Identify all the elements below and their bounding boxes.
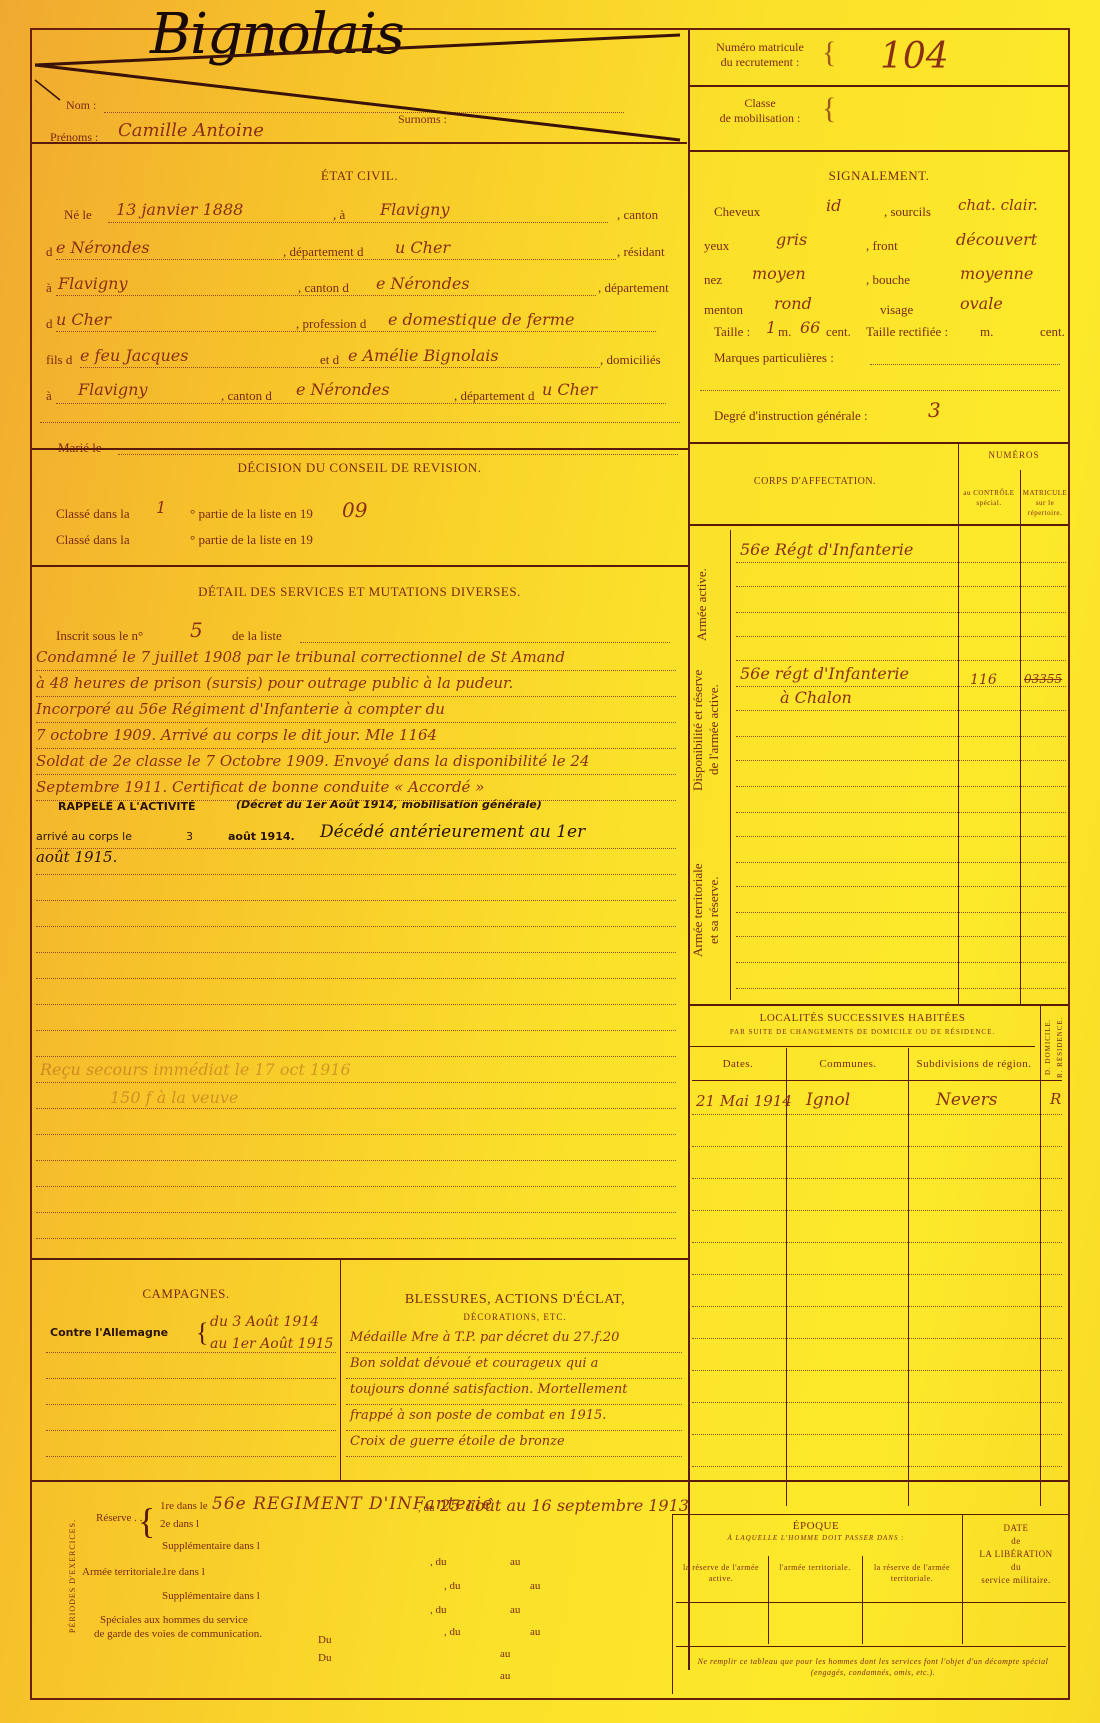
col-matricule: MATRICULE sur le répertoire. [1022, 488, 1068, 518]
etat-civil-title: ÉTAT CIVIL. [32, 168, 687, 184]
epoque-col-reserve-territoriale: la réserve de l'armée territoriale. [864, 1562, 960, 1584]
service-line-5: Soldat de 2e classe le 7 Octobre 1909. E… [36, 752, 590, 770]
bouche-value: moyenne [960, 264, 1033, 283]
col-dates: Dates. [690, 1058, 786, 1070]
profession: e domestique de ferme [388, 310, 574, 329]
decede-line-2: août 1915. [36, 848, 117, 866]
strike-lines [30, 30, 690, 150]
blessures-title: BLESSURES, ACTIONS D'ÉCLAT, [342, 1292, 688, 1308]
father-name: e feu Jacques [80, 346, 188, 365]
matricule-label: Numéro matricule du recrutement : [700, 40, 820, 70]
row-subdivision: Nevers [936, 1090, 997, 1110]
birth-date: 13 janvier 1888 [116, 200, 243, 219]
mother-name: e Amélie Bignolais [348, 346, 499, 365]
epoque-col-territoriale: l'armée territoriale. [770, 1562, 860, 1573]
blessures-line-4: frappé à son poste de combat en 1915. [350, 1408, 606, 1423]
epoque-subtitle: À LAQUELLE L'HOMME DOIT PASSER DANS : [676, 1534, 956, 1542]
blessures-line-5: Croix de guerre étoile de bronze [350, 1434, 565, 1449]
birth-departement: u Cher [395, 238, 450, 257]
section-territoriale: Armée territoriale et sa réserve. [690, 830, 722, 990]
reserve-entry-1: 56e régt d'Infanterie [740, 664, 909, 683]
birth-canton: e Nérondes [56, 238, 150, 257]
front-value: découvert [956, 230, 1037, 249]
parents-departement: u Cher [542, 380, 597, 399]
r1-dates: 25 août au 16 septembre 1913 [440, 1496, 689, 1515]
epoque-title: ÉPOQUE [676, 1520, 956, 1532]
service-line-2: à 48 heures de prison (sursis) pour outr… [36, 674, 513, 692]
residence: Flavigny [58, 274, 128, 293]
form-frame [30, 28, 1070, 1700]
faint-note-1: Reçu secours immédiat le 17 oct 1916 [40, 1060, 351, 1079]
stamp-rappele: RAPPELÉ A L'ACTIVITÉ [58, 800, 196, 813]
blessures-subtitle: DÉCORATIONS, ETC. [342, 1312, 688, 1322]
menton-value: rond [774, 294, 812, 313]
signalement-title: SIGNALEMENT. [690, 168, 1068, 184]
visage-value: ovale [960, 294, 1003, 313]
section-disponibilite: Disponibilité et réserve de l'armée acti… [690, 640, 722, 820]
service-line-3: Incorporé au 56e Régiment d'Infanterie à… [36, 700, 445, 718]
residence-departement: u Cher [56, 310, 111, 329]
sourcils-value: chat. clair. [958, 196, 1038, 214]
birth-place: Flavigny [380, 200, 450, 219]
blessures-line-2: Bon soldat dévoué et courageux qui a [350, 1356, 598, 1371]
parents-domicile: Flavigny [78, 380, 148, 399]
services-title: DÉTAIL DES SERVICES ET MUTATIONS DIVERSE… [32, 584, 687, 600]
decede-line-1: Décédé antérieurement au 1er [320, 822, 585, 842]
decision-title: DÉCISION DU CONSEIL DE REVISION. [32, 460, 687, 476]
campagnes-title: CAMPAGNES. [32, 1286, 340, 1302]
parents-canton: e Nérondes [296, 380, 390, 399]
service-line-4: 7 octobre 1909. Arrivé au corps le dit j… [36, 726, 437, 744]
taille-m-value: 1 [766, 318, 776, 337]
reserve-entry-2: à Chalon [780, 688, 852, 707]
blessures-line-3: toujours donné satisfaction. Mortellemen… [350, 1382, 627, 1397]
blessures-line-1: Médaille Mre à T.P. par décret du 27.f.2… [350, 1330, 619, 1345]
taille-cm-value: 66 [800, 318, 820, 337]
exercices-side-label: PÉRIODES D'EXERCICES. [68, 1506, 77, 1646]
decision-partie: 1 [156, 498, 166, 517]
instruction-value: 3 [928, 398, 941, 422]
residence-canton: e Nérondes [376, 274, 470, 293]
yeux-value: gris [776, 230, 807, 249]
col-subdivisions: Subdivisions de région. [910, 1058, 1038, 1070]
decision-year: 09 [342, 498, 367, 522]
faint-note-2: 150 f à la veuve [110, 1088, 238, 1107]
campagne-to: au 1er Août 1915 [210, 1336, 333, 1352]
localites-subtitle: PAR SUITE DE CHANGEMENTS DE DOMICILE OU … [690, 1028, 1035, 1036]
row-date: 21 Mai 1914 [696, 1092, 792, 1110]
campagne-from: du 3 Août 1914 [210, 1314, 319, 1330]
row-type: R [1050, 1090, 1061, 1108]
stamp-arrive: arrivé au corps le [36, 830, 132, 843]
matricule-value: 104 [880, 36, 949, 77]
inscrit-value: 5 [190, 618, 203, 642]
classe-label: Classe de mobilisation : [700, 96, 820, 126]
active-entry: 56e Régt d'Infanterie [740, 540, 913, 559]
reserve-matricule: 03355 [1024, 672, 1062, 686]
col-communes: Communes. [788, 1058, 908, 1070]
epoque-col-reserve-active: la réserve de l'armée active. [676, 1562, 766, 1584]
date-liberation-header: DATE de LA LIBÉRATION du service militai… [964, 1522, 1068, 1587]
localites-title: LOCALITÉS SUCCESSIVES HABITÉES [690, 1012, 1035, 1024]
col-controle: au CONTRÔLE spécial. [960, 488, 1018, 508]
corps-title: CORPS D'AFFECTATION. [700, 476, 930, 487]
numeros-title: NUMÉROS [960, 450, 1068, 460]
service-line-6: Septembre 1911. Certificat de bonne cond… [36, 778, 484, 796]
service-line-1: Condamné le 7 juillet 1908 par le tribun… [36, 648, 565, 666]
campagne-label: Contre l'Allemagne [50, 1326, 168, 1339]
epoque-note: Ne remplir ce tableau que pour les homme… [680, 1656, 1066, 1678]
nez-value: moyen [752, 264, 806, 283]
row-commune: Ignol [806, 1090, 850, 1110]
cheveux-value: id [826, 196, 841, 215]
